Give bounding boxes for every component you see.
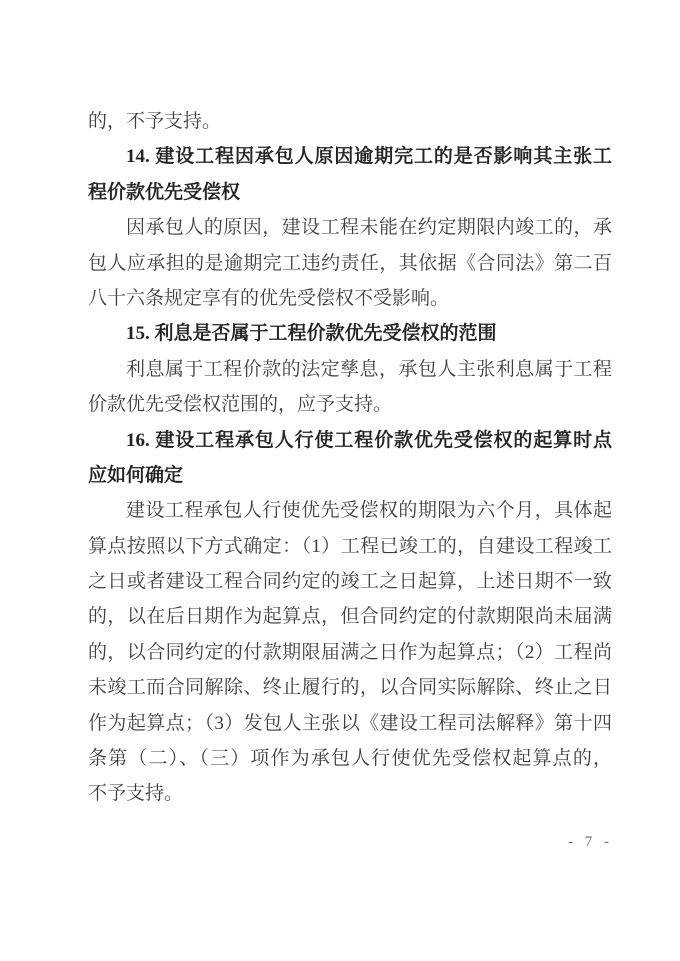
heading-line: 14. 建设工程因承包人原因逾期完工的是否影响其主张工 [88, 139, 612, 174]
heading-line: 应如何确定 [88, 458, 612, 493]
document-text-block: 的，不予支持。14. 建设工程因承包人原因逾期完工的是否影响其主张工程价款优先受… [88, 104, 612, 812]
document-page: 的，不予支持。14. 建设工程因承包人原因逾期完工的是否影响其主张工程价款优先受… [0, 0, 680, 961]
heading-line: 15. 利息是否属于工程价款优先受偿权的范围 [88, 316, 612, 351]
body-line: 包人应承担的是逾期完工违约责任，其依据《合同法》第二百 [88, 246, 612, 281]
body-line: 利息属于工程价款的法定孳息，承包人主张利息属于工程 [88, 352, 612, 387]
body-line: 八十六条规定享有的优先受偿权不受影响。 [88, 281, 612, 316]
heading-line: 程价款优先受偿权 [88, 175, 612, 210]
body-line: 作为起算点；（3）发包人主张以《建设工程司法解释》第十四 [88, 706, 612, 741]
heading-line: 16. 建设工程承包人行使工程价款优先受偿权的起算时点 [88, 423, 612, 458]
page-number: - 7 - [568, 831, 613, 853]
body-line: 之日或者建设工程合同约定的竣工之日起算，上述日期不一致 [88, 564, 612, 599]
body-line: 建设工程承包人行使优先受偿权的期限为六个月，具体起 [88, 493, 612, 528]
body-line: 算点按照以下方式确定：（1）工程已竣工的，自建设工程竣工 [88, 529, 612, 564]
body-line: 因承包人的原因，建设工程未能在约定期限内竣工的，承 [88, 210, 612, 245]
body-line: 未竣工而合同解除、终止履行的，以合同实际解除、终止之日 [88, 670, 612, 705]
body-line: 的，以合同约定的付款期限届满之日作为起算点；（2）工程尚 [88, 635, 612, 670]
body-line: 的，不予支持。 [88, 104, 612, 139]
body-line: 不予支持。 [88, 776, 612, 811]
body-line: 条第（二）、（三）项作为承包人行使优先受偿权起算点的， [88, 741, 612, 776]
body-line: 价款优先受偿权范围的，应予支持。 [88, 387, 612, 422]
body-line: 的，以在后日期作为起算点，但合同约定的付款期限尚未届满 [88, 599, 612, 634]
